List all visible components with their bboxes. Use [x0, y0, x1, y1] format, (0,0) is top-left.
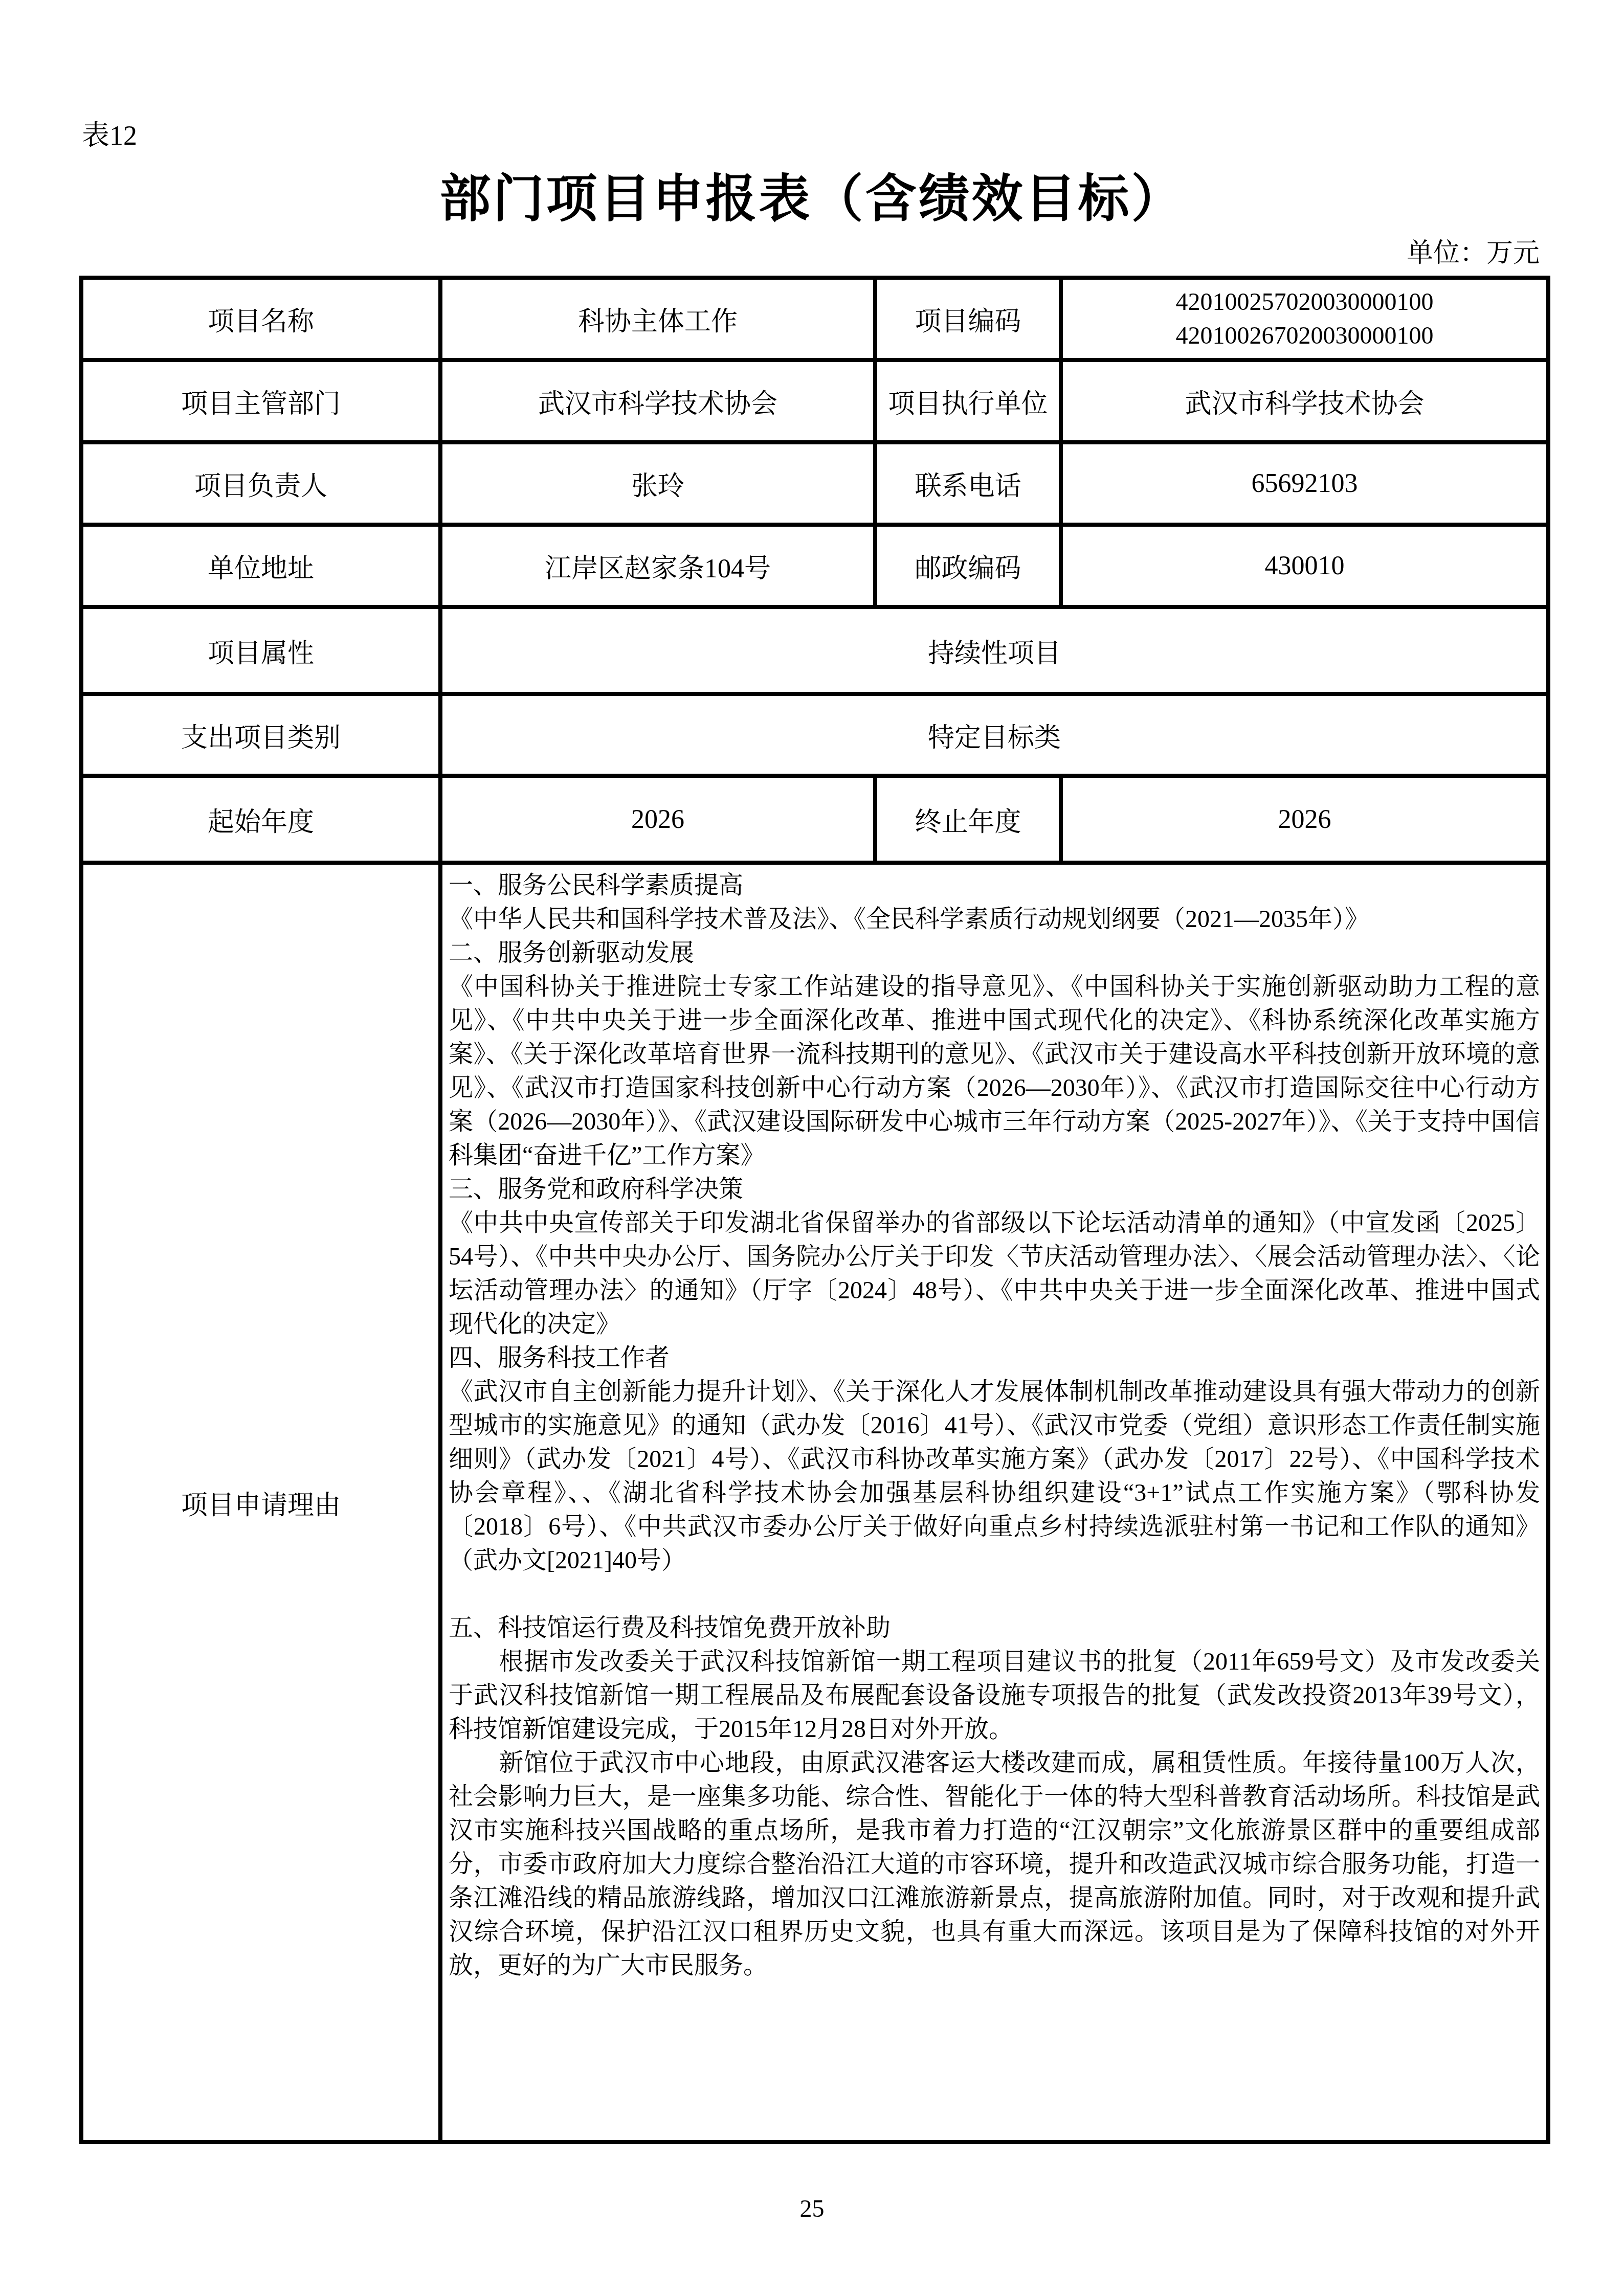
end-year-label: 终止年度: [875, 776, 1061, 863]
exec-unit-value: 武汉市科学技术协会: [1061, 360, 1548, 442]
page-tag: 表12: [82, 114, 137, 153]
table-row: 支出项目类别 特定目标类: [81, 694, 1548, 776]
table-row: 项目属性 持续性项目: [81, 607, 1548, 694]
table-row: 项目名称 科协主体工作 项目编码 420100257020030000100 4…: [81, 278, 1548, 360]
page-number: 25: [0, 2195, 1624, 2223]
reason-paragraph: 三、服务党和政府科学决策: [449, 1173, 1540, 1206]
postcode-value: 430010: [1061, 525, 1548, 607]
table-row: 项目申请理由 一、服务公民科学素质提高 《中华人民共和国科学技术普及法》、《全民…: [81, 863, 1548, 2142]
attribute-label: 项目属性: [81, 607, 440, 694]
project-name-label: 项目名称: [81, 278, 440, 360]
project-name-value: 科协主体工作: [440, 278, 875, 360]
page-title: 部门项目申报表（含绩效目标）: [0, 157, 1624, 231]
reason-paragraph: 《中共中央宣传部关于印发湖北省保留举办的省部级以下论坛活动清单的通知》（中宣发函…: [449, 1206, 1540, 1341]
category-label: 支出项目类别: [81, 694, 440, 776]
reason-paragraph-blank: [449, 1578, 1540, 1611]
postcode-label: 邮政编码: [875, 525, 1061, 607]
reason-paragraph: 《武汉市自主创新能力提升计划》、《关于深化人才发展体制机制改革推动建设具有强大带…: [449, 1375, 1540, 1578]
reason-paragraph: 新馆位于武汉市中心地段，由原武汉港客运大楼改建而成，属租赁性质。年接待量100万…: [449, 1746, 1540, 1983]
reason-paragraph: 《中华人民共和国科学技术普及法》、《全民科学素质行动规划纲要（2021—2035…: [449, 903, 1540, 936]
table-row: 项目主管部门 武汉市科学技术协会 项目执行单位 武汉市科学技术协会: [81, 360, 1548, 442]
exec-unit-label: 项目执行单位: [875, 360, 1061, 442]
reason-label: 项目申请理由: [81, 863, 440, 2142]
address-label: 单位地址: [81, 525, 440, 607]
reason-paragraph: 《中国科协关于推进院士专家工作站建设的指导意见》、《中国科协关于实施创新驱动助力…: [449, 970, 1540, 1173]
reason-paragraph: 根据市发改委关于武汉科技馆新馆一期工程项目建议书的批复（2011年659号文）及…: [449, 1645, 1540, 1746]
start-year-value: 2026: [440, 776, 875, 863]
table-row: 起始年度 2026 终止年度 2026: [81, 776, 1548, 863]
leader-label: 项目负责人: [81, 442, 440, 525]
unit-note: 单位：万元: [1407, 231, 1540, 269]
project-code-label: 项目编码: [875, 278, 1061, 360]
reason-paragraph: 二、服务创新驱动发展: [449, 936, 1540, 970]
category-value: 特定目标类: [440, 694, 1548, 776]
dept-label: 项目主管部门: [81, 360, 440, 442]
end-year-value: 2026: [1061, 776, 1548, 863]
project-code-line-1: 420100257020030000100: [1063, 285, 1546, 319]
start-year-label: 起始年度: [81, 776, 440, 863]
attribute-value: 持续性项目: [440, 607, 1548, 694]
address-value: 江岸区赵家条104号: [440, 525, 875, 607]
phone-label: 联系电话: [875, 442, 1061, 525]
reason-paragraph: 一、服务公民科学素质提高: [449, 869, 1540, 903]
reason-paragraph: 五、科技馆运行费及科技馆免费开放补助: [449, 1611, 1540, 1645]
phone-value: 65692103: [1061, 442, 1548, 525]
reason-paragraph: 四、服务科技工作者: [449, 1341, 1540, 1375]
project-code-line-2: 420100267020030000100: [1063, 319, 1546, 353]
project-code-value: 420100257020030000100 420100267020030000…: [1061, 278, 1548, 360]
application-table: 项目名称 科协主体工作 项目编码 420100257020030000100 4…: [79, 276, 1550, 2144]
table-row: 项目负责人 张玲 联系电话 65692103: [81, 442, 1548, 525]
reason-text: 一、服务公民科学素质提高 《中华人民共和国科学技术普及法》、《全民科学素质行动规…: [440, 863, 1548, 2142]
table-row: 单位地址 江岸区赵家条104号 邮政编码 430010: [81, 525, 1548, 607]
leader-value: 张玲: [440, 442, 875, 525]
dept-value: 武汉市科学技术协会: [440, 360, 875, 442]
